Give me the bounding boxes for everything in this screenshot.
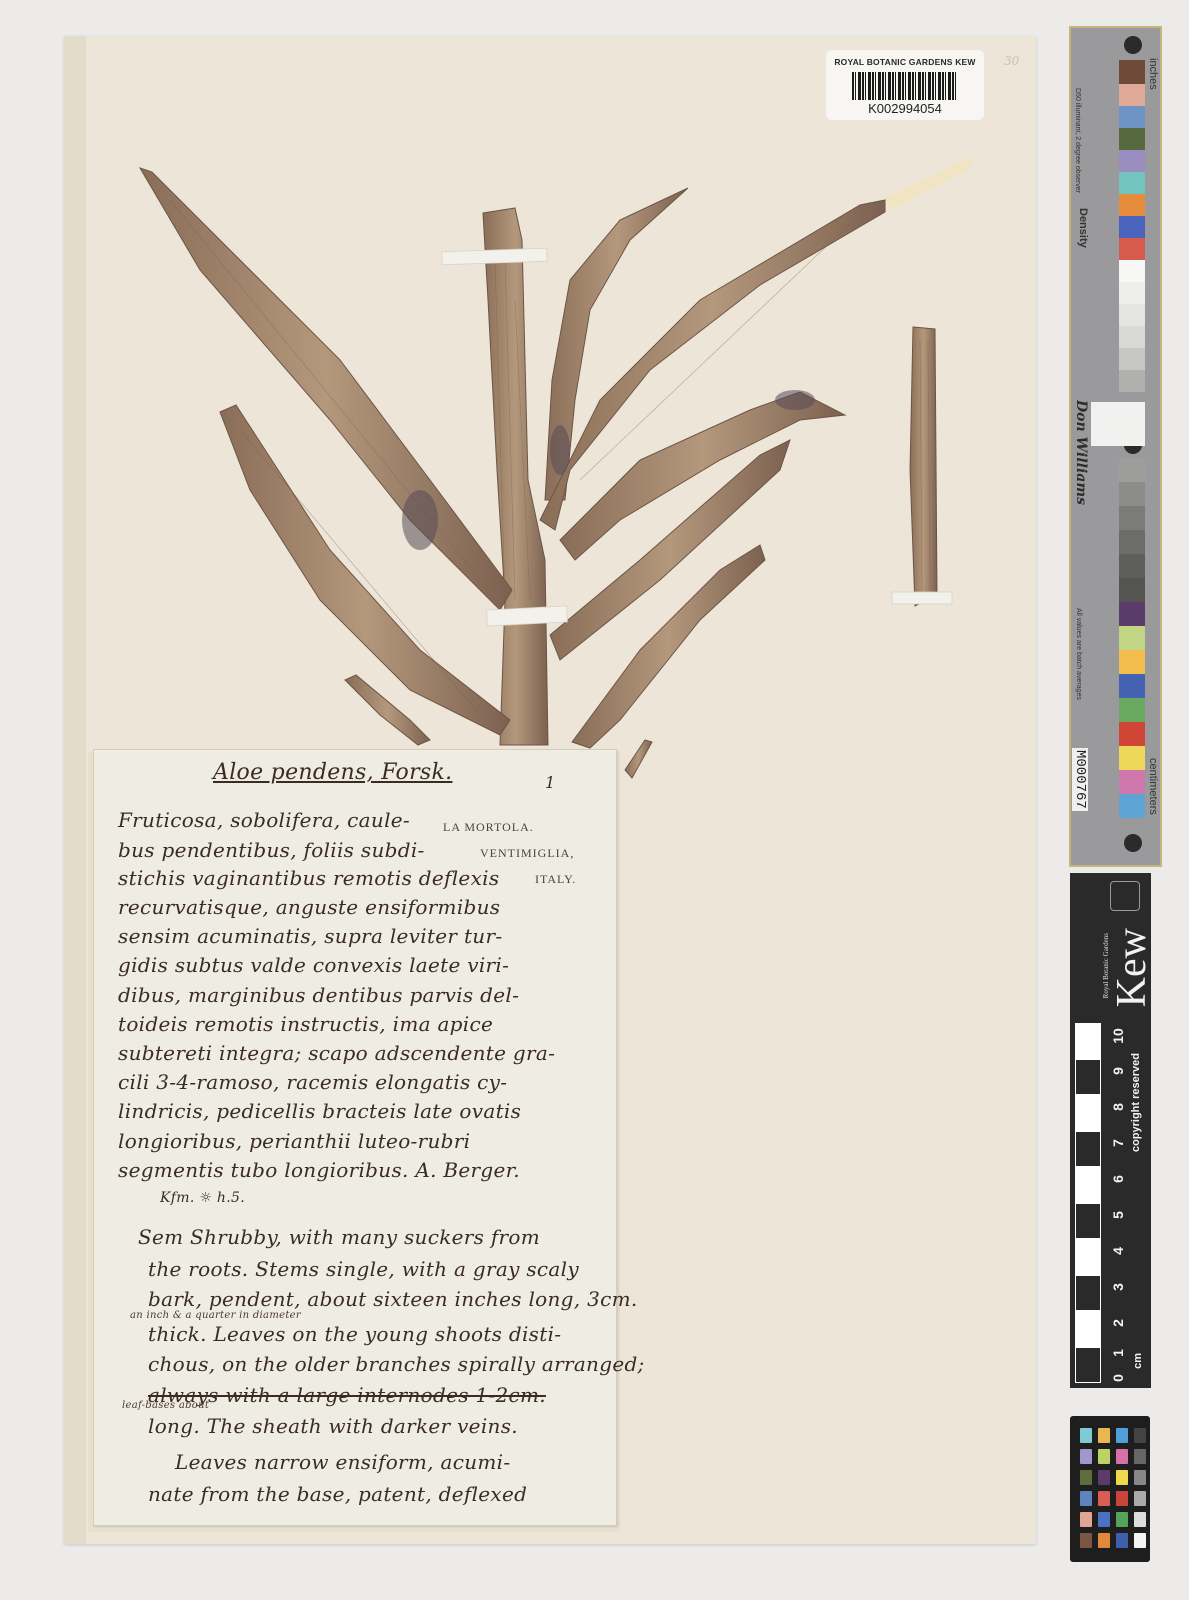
latin-line: toideis remotis instructis, ima apice (118, 1012, 493, 1036)
english-line: the roots. Stems single, with a gray sca… (148, 1257, 579, 1281)
latin-line: dibus, marginibus dentibus parvis del- (118, 983, 519, 1007)
checker-chip (1116, 1491, 1128, 1506)
grey-patch (1119, 282, 1145, 304)
grey-patch (1119, 530, 1145, 554)
kew-scale-bar: Kew Royal Botanic Gardens copyright rese… (1070, 873, 1151, 1388)
page-number: 1 (545, 773, 555, 792)
checker-chip (1116, 1449, 1128, 1464)
note-title: Aloe pendens, Forsk. (213, 760, 452, 785)
hole-icon (1124, 36, 1142, 54)
illuminant-text: D50 illuminant, 2 degree observer (1074, 88, 1081, 193)
color-patch (1119, 650, 1145, 674)
color-patch (1119, 238, 1145, 260)
color-patch (1119, 698, 1145, 722)
latin-line: segmentis tubo longioribus. A. Berger. (118, 1158, 520, 1182)
kew-subtext: Royal Botanic Gardens (1102, 933, 1110, 998)
cm-tick: 10 (1110, 1028, 1126, 1044)
english-line: Sem Shrubby, with many suckers from (138, 1225, 540, 1249)
latin-line: recurvatisque, anguste ensiformibus (118, 895, 500, 919)
checker-chip (1098, 1470, 1110, 1485)
ruler-segment (1075, 1167, 1101, 1203)
checker-chip (1134, 1491, 1146, 1506)
color-patch (1119, 674, 1145, 698)
ruler-segment (1075, 1203, 1101, 1239)
cm-tick: 0 (1110, 1374, 1126, 1382)
english-line: thick. Leaves on the young shoots disti- (148, 1322, 561, 1346)
checker-chip (1098, 1533, 1110, 1548)
checker-chip (1080, 1533, 1092, 1548)
english-line: bark, pendent, about sixteen inches long… (148, 1287, 638, 1311)
checker-chip (1080, 1491, 1092, 1506)
color-patch (1119, 128, 1145, 150)
ruler-segment (1075, 1131, 1101, 1167)
cm-tick: 8 (1110, 1103, 1126, 1111)
stamp-line-3: ITALY. (535, 872, 576, 887)
cm-tick: 7 (1110, 1139, 1126, 1147)
color-patch (1119, 84, 1145, 106)
checker-chip (1098, 1449, 1110, 1464)
cm-tick: 9 (1110, 1067, 1126, 1075)
english-line: nate from the base, patent, deflexed (148, 1482, 527, 1506)
latin-line: longioribus, perianthii luteo-rubri (118, 1129, 470, 1153)
color-patch (1119, 770, 1145, 794)
color-patch (1119, 794, 1145, 818)
checker-chip (1080, 1428, 1092, 1443)
checker-chip (1134, 1470, 1146, 1485)
interlinear-note: an inch & a quarter in diameter (130, 1310, 301, 1321)
latin-line: bus pendentibus, foliis subdi- (118, 838, 425, 862)
checker-chip (1116, 1428, 1128, 1443)
grey-patch (1119, 506, 1145, 530)
latin-line: stichis vaginantibus remotis deflexis (118, 866, 499, 890)
ruler-segment (1075, 1311, 1101, 1347)
grey-patch (1119, 458, 1145, 482)
cm-tick: 1 (1110, 1349, 1126, 1357)
inches-label: inches (1147, 58, 1159, 90)
ruler-segment (1075, 1275, 1101, 1311)
latin-line: subtereti integra; scapo adscendente gra… (118, 1041, 555, 1065)
latin-line: cili 3-4-ramoso, racemis elongatis cy- (118, 1070, 507, 1094)
grey-patch (1119, 304, 1145, 326)
latin-line: gidis subtus valde convexis laete viri- (118, 953, 509, 977)
cm-tick: 4 (1110, 1247, 1126, 1255)
crest-icon (1110, 881, 1140, 911)
grey-patch (1119, 260, 1145, 282)
color-patch (1119, 60, 1145, 84)
grey-patch (1119, 482, 1145, 506)
centimeters-label: centimeters (1147, 758, 1159, 815)
latin-line: sensim acuminatis, supra leviter tur- (118, 924, 502, 948)
checker-chip (1134, 1512, 1146, 1527)
cm-tick: 5 (1110, 1211, 1126, 1219)
density-label: Density (1077, 208, 1089, 248)
hole-icon (1124, 834, 1142, 852)
checker-chip (1134, 1428, 1146, 1443)
checker-chip (1098, 1491, 1110, 1506)
checker-chip (1098, 1428, 1110, 1443)
brand-label: Don Williams (1073, 400, 1089, 505)
checker-chip (1134, 1533, 1146, 1548)
cm-label: cm (1132, 1353, 1144, 1369)
latin-line: Fruticosa, sobolifera, caule- (118, 808, 410, 832)
ruler-segment (1075, 1347, 1101, 1383)
checker-chip (1116, 1533, 1128, 1548)
cm-tick: 3 (1110, 1283, 1126, 1291)
cm-tick: 6 (1110, 1175, 1126, 1183)
english-line: long. The sheath with darker veins. (148, 1414, 518, 1438)
checker-chip (1080, 1470, 1092, 1485)
ruler-segment (1075, 1059, 1101, 1095)
checker-chip (1116, 1470, 1128, 1485)
ruler-segment (1075, 1023, 1101, 1059)
color-patch (1119, 722, 1145, 746)
color-patch (1119, 216, 1145, 238)
color-patch (1119, 172, 1145, 194)
cm-tick: 2 (1110, 1319, 1126, 1327)
grey-patch (1119, 326, 1145, 348)
grey-patch (1119, 348, 1145, 370)
ruler-segment (1075, 1095, 1101, 1131)
checker-chip (1080, 1449, 1092, 1464)
resolution-target (1091, 402, 1145, 446)
checker-chip (1116, 1512, 1128, 1527)
english-line: chous, on the older branches spirally ar… (148, 1352, 645, 1376)
grey-patch (1119, 578, 1145, 602)
annotation: Kfm. ☼ h.5. (160, 1190, 245, 1206)
kew-logo: Kew (1108, 928, 1156, 1007)
margin-note: leaf-bases about (122, 1400, 209, 1411)
copyright-text: copyright reserved (1130, 1053, 1142, 1152)
color-patch (1119, 746, 1145, 770)
color-patch (1119, 194, 1145, 216)
ruler-segment (1075, 1239, 1101, 1275)
grey-patch (1119, 370, 1145, 392)
checker-chip (1098, 1512, 1110, 1527)
color-checker (1070, 1416, 1150, 1562)
english-line: Leaves narrow ensiform, acumi- (175, 1450, 510, 1474)
stamp-line-2: VENTIMIGLIA, (480, 846, 574, 861)
color-patch (1119, 626, 1145, 650)
color-calibration-bar: inches centimeters D50 illuminant, 2 deg… (1069, 26, 1162, 867)
grey-patch (1119, 554, 1145, 578)
color-patch (1119, 106, 1145, 128)
bar-id: M000767 (1072, 748, 1088, 811)
color-patch (1119, 602, 1145, 626)
latin-line: lindricis, pedicellis bracteis late ovat… (118, 1099, 521, 1123)
stamp-line-1: LA MORTOLA. (443, 820, 534, 835)
checker-chip (1080, 1512, 1092, 1527)
footnote: All values are batch averages (1075, 608, 1082, 700)
checker-chip (1134, 1449, 1146, 1464)
color-patch (1119, 150, 1145, 172)
